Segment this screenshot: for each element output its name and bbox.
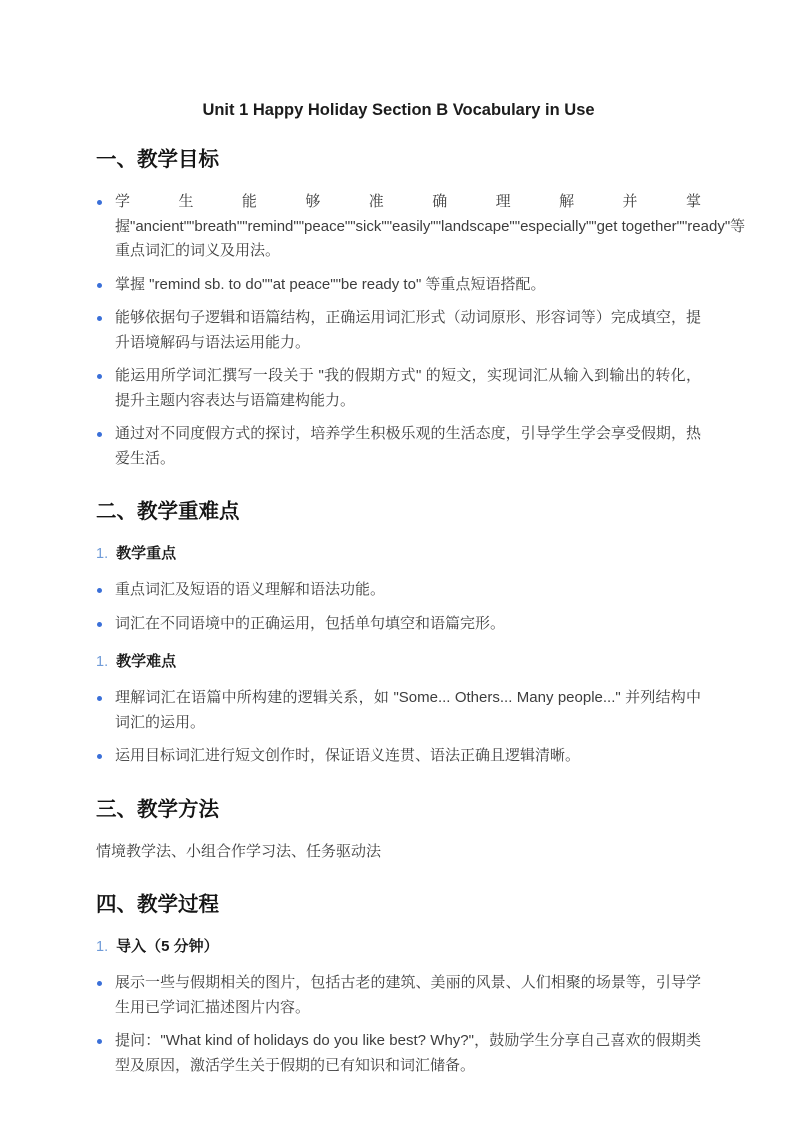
list-item: 掌握 "remind sb. to do""at peace""be ready… (96, 273, 701, 298)
list-item: 学生能够准确理解并掌握"ancient""breath""remind""pea… (96, 190, 701, 264)
list-number: 1. (96, 546, 108, 562)
list-item-text: 词汇在不同语境中的正确运用，包括单句填空和语篇完形。 (115, 615, 505, 632)
list-item: 词汇在不同语境中的正确运用，包括单句填空和语篇完形。 (96, 612, 701, 637)
bullet-icon (97, 432, 102, 437)
bullet-icon (97, 696, 102, 701)
list-item-text: 理解词汇在语篇中所构建的逻辑关系，如 "Some... Others... Ma… (115, 689, 701, 731)
section-heading-objectives: 一、教学目标 (96, 147, 701, 173)
numbered-heading-label: 教学重点 (116, 545, 176, 562)
section-heading-process: 四、教学过程 (96, 892, 701, 918)
document-content: Unit 1 Happy Holiday Section B Vocabular… (0, 0, 794, 1078)
list-number: 1. (96, 654, 108, 670)
bullet-icon (97, 200, 102, 205)
bullet-icon (97, 283, 102, 288)
difficulty-list: 理解词汇在语篇中所构建的逻辑关系，如 "Some... Others... Ma… (96, 686, 701, 769)
list-item-text: 能运用所学词汇撰写一段关于 "我的假期方式" 的短文，实现词汇从输入到输出的转化… (115, 367, 701, 409)
list-item: 运用目标词汇进行短文创作时，保证语义连贯、语法正确且逻辑清晰。 (96, 744, 701, 769)
list-item: 理解词汇在语篇中所构建的逻辑关系，如 "Some... Others... Ma… (96, 686, 701, 735)
vocab-run-fragment: "ancient""breath""remind""peace""sick""e… (130, 218, 730, 235)
list-item-text: 能够依据句子逻辑和语篇结构，正确运用词汇形式（动词原形、形容词等）完成填空，提升… (115, 309, 701, 351)
numbered-heading-label: 导入（5 分钟） (116, 938, 219, 955)
methods-paragraph: 情境教学法、小组合作学习法、任务驱动法 (96, 840, 701, 865)
numbered-heading-label: 教学难点 (116, 653, 176, 670)
list-item: 能运用所学词汇撰写一段关于 "我的假期方式" 的短文，实现词汇从输入到输出的转化… (96, 364, 701, 413)
bullet-icon (97, 1039, 102, 1044)
document-page: Unit 1 Happy Holiday Section B Vocabular… (0, 0, 794, 1123)
numbered-heading-key-focus: 1.教学重点 (96, 542, 701, 566)
list-item: 提问："What kind of holidays do you like be… (96, 1029, 701, 1078)
bullet-icon (97, 981, 102, 986)
list-item: 能够依据句子逻辑和语篇结构，正确运用词汇形式（动词原形、形容词等）完成填空，提升… (96, 306, 701, 355)
list-item: 展示一些与假期相关的图片，包括古老的建筑、美丽的风景、人们相聚的场景等，引导学生… (96, 971, 701, 1020)
list-number: 1. (96, 939, 108, 955)
document-title: Unit 1 Happy Holiday Section B Vocabular… (96, 99, 701, 121)
list-item-text: 运用目标词汇进行短文创作时，保证语义连贯、语法正确且逻辑清晰。 (115, 747, 580, 764)
bullet-icon (97, 588, 102, 593)
list-item: 通过对不同度假方式的探讨，培养学生积极乐观的生活态度，引导学生学会享受假期，热爱… (96, 422, 701, 471)
lead-in-list: 展示一些与假期相关的图片，包括古老的建筑、美丽的风景、人们相聚的场景等，引导学生… (96, 971, 701, 1078)
bullet-icon (97, 374, 102, 379)
section-heading-key-points: 二、教学重难点 (96, 499, 701, 525)
list-item-text: 学生能够准确理解并掌握"ancient""breath""remind""pea… (115, 193, 745, 259)
objectives-list: 学生能够准确理解并掌握"ancient""breath""remind""pea… (96, 190, 701, 471)
bullet-icon (97, 316, 102, 321)
numbered-heading-difficulty: 1.教学难点 (96, 650, 701, 674)
section-heading-methods: 三、教学方法 (96, 797, 701, 823)
numbered-heading-lead-in: 1.导入（5 分钟） (96, 935, 701, 959)
list-item-text: 掌握 "remind sb. to do""at peace""be ready… (115, 276, 545, 293)
bullet-icon (97, 622, 102, 627)
list-item-text: 展示一些与假期相关的图片，包括古老的建筑、美丽的风景、人们相聚的场景等，引导学生… (115, 974, 701, 1016)
bullet-icon (97, 754, 102, 759)
list-item-text: 提问："What kind of holidays do you like be… (115, 1032, 701, 1074)
list-item-text: 重点词汇及短语的语义理解和语法功能。 (115, 581, 385, 598)
list-item-text: 通过对不同度假方式的探讨，培养学生积极乐观的生活态度，引导学生学会享受假期，热爱… (115, 425, 701, 467)
key-focus-list: 重点词汇及短语的语义理解和语法功能。 词汇在不同语境中的正确运用，包括单句填空和… (96, 578, 701, 636)
list-item: 重点词汇及短语的语义理解和语法功能。 (96, 578, 701, 603)
